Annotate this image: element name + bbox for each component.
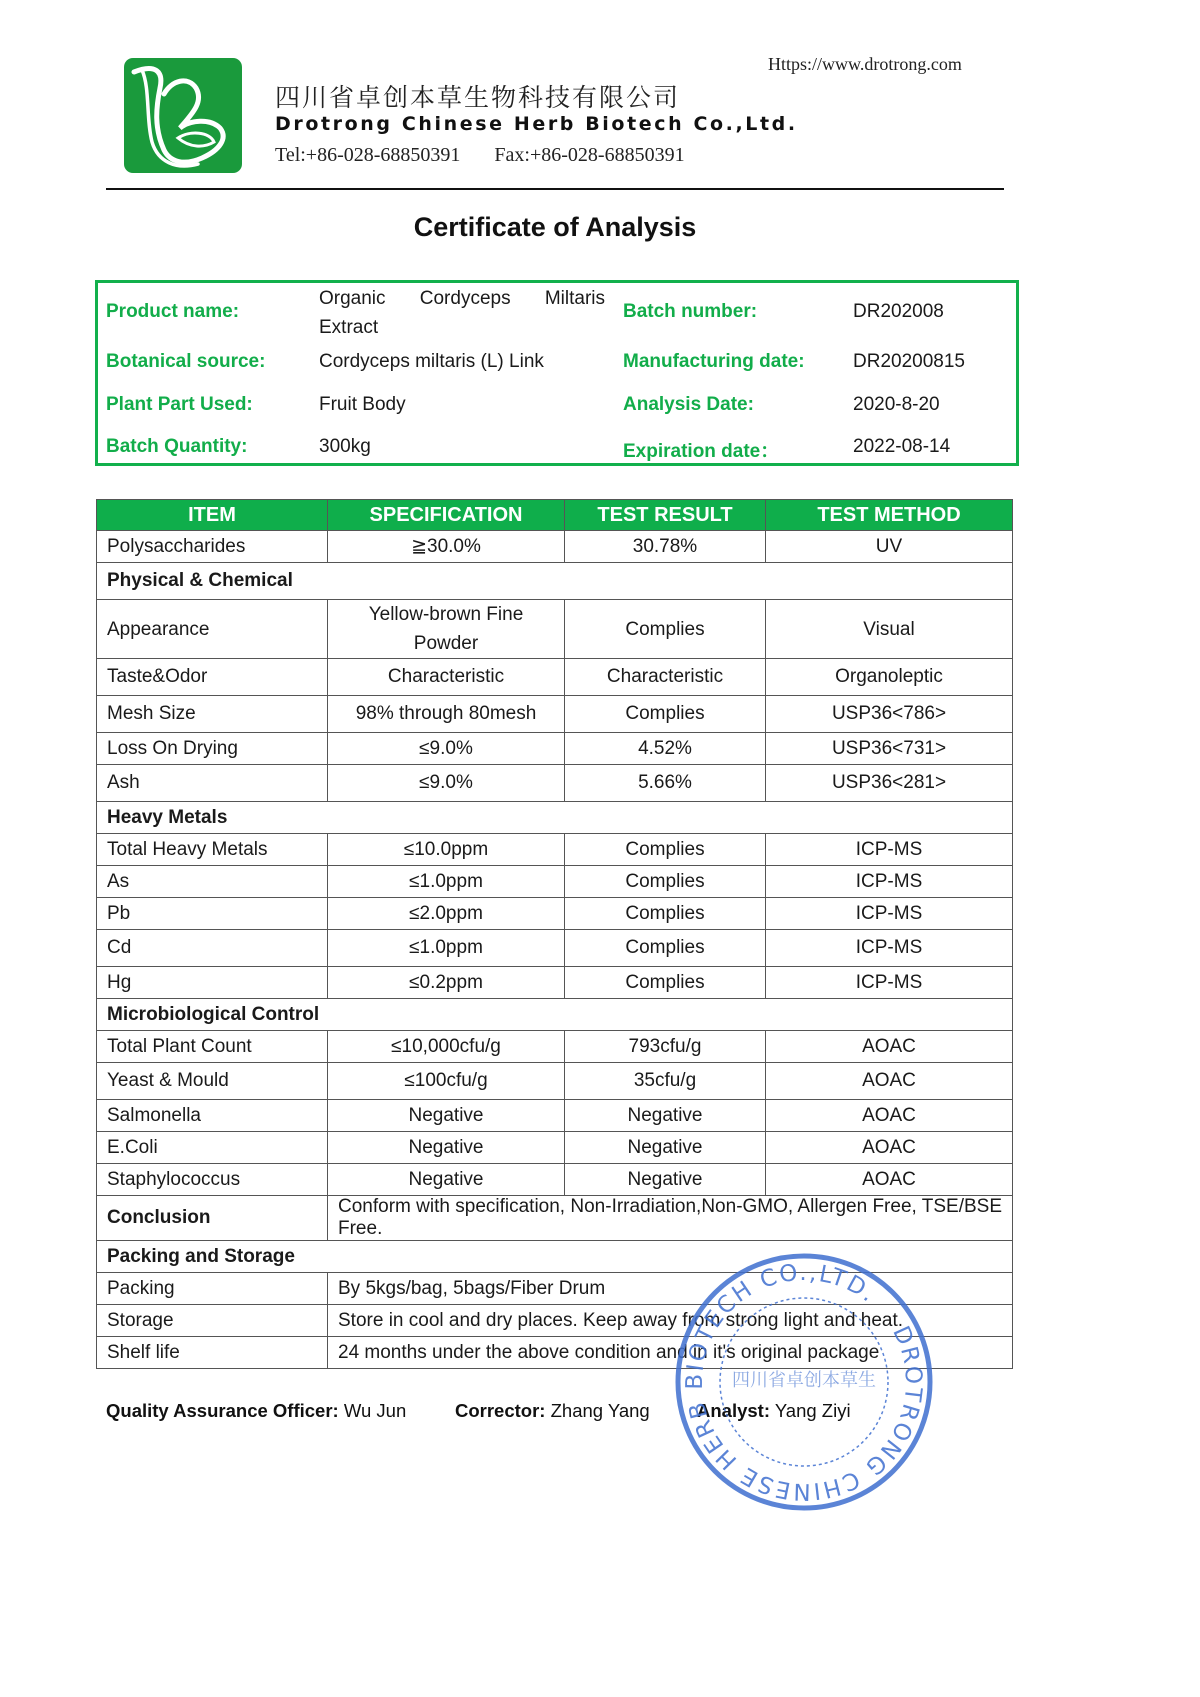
method-cell: AOAC bbox=[766, 1132, 1013, 1164]
table-row: Loss On Drying ≤9.0% 4.52% USP36<731> bbox=[97, 733, 1013, 765]
result-cell: Complies bbox=[565, 967, 766, 999]
product-name-label: Product name: bbox=[106, 301, 239, 323]
product-name-value: Organic Cordyceps Miltaris Extract bbox=[319, 284, 605, 342]
storage-label: Storage bbox=[97, 1305, 328, 1337]
method-cell: UV bbox=[766, 531, 1013, 563]
section-heading-microbiological: Microbiological Control bbox=[97, 999, 1013, 1031]
method-cell: ICP-MS bbox=[766, 967, 1013, 999]
table-row: Salmonella Negative Negative AOAC bbox=[97, 1100, 1013, 1132]
method-cell: Visual bbox=[766, 600, 1013, 659]
item-cell: Appearance bbox=[97, 600, 328, 659]
shelf-life-value: 24 months under the above condition and … bbox=[328, 1337, 1013, 1369]
spec-cell: Negative bbox=[328, 1164, 565, 1196]
spec-cell: ≤10,000cfu/g bbox=[328, 1031, 565, 1063]
analyst-label: Analyst: bbox=[697, 1400, 770, 1421]
spec-cell: ≤9.0% bbox=[328, 733, 565, 765]
qa-officer-label: Quality Assurance Officer: bbox=[106, 1400, 339, 1421]
analyst-name: Yang Ziyi bbox=[775, 1400, 851, 1421]
spec-cell: ≤9.0% bbox=[328, 765, 565, 802]
spec-cell: ≤100cfu/g bbox=[328, 1063, 565, 1100]
corrector-name: Zhang Yang bbox=[551, 1400, 650, 1421]
column-header-specification: SPECIFICATION bbox=[328, 500, 565, 531]
result-cell: Complies bbox=[565, 930, 766, 967]
spec-cell: ≤0.2ppm bbox=[328, 967, 565, 999]
qa-officer-name: Wu Jun bbox=[344, 1400, 406, 1421]
table-row: E.Coli Negative Negative AOAC bbox=[97, 1132, 1013, 1164]
result-cell: Complies bbox=[565, 834, 766, 866]
table-row: Cd ≤1.0ppm Complies ICP-MS bbox=[97, 930, 1013, 967]
table-row: Storage Store in cool and dry places. Ke… bbox=[97, 1305, 1013, 1337]
column-header-test-method: TEST METHOD bbox=[766, 500, 1013, 531]
conclusion-row: Conclusion Conform with specification, N… bbox=[97, 1196, 1013, 1241]
contact-line: Tel:+86-028-68850391Fax:+86-028-68850391 bbox=[275, 144, 719, 167]
method-cell: AOAC bbox=[766, 1100, 1013, 1132]
spec-cell: 98% through 80mesh bbox=[328, 696, 565, 733]
product-info-box: Product name: Organic Cordyceps Miltaris… bbox=[95, 280, 1019, 466]
spec-cell: ≤2.0ppm bbox=[328, 898, 565, 930]
result-cell: Complies bbox=[565, 600, 766, 659]
section-row: Microbiological Control bbox=[97, 999, 1013, 1031]
item-cell: Total Heavy Metals bbox=[97, 834, 328, 866]
batch-quantity-label: Batch Quantity: bbox=[106, 436, 247, 458]
table-row: Pb ≤2.0ppm Complies ICP-MS bbox=[97, 898, 1013, 930]
table-row: As ≤1.0ppm Complies ICP-MS bbox=[97, 866, 1013, 898]
table-row: Mesh Size 98% through 80mesh Complies US… bbox=[97, 696, 1013, 733]
method-cell: ICP-MS bbox=[766, 834, 1013, 866]
table-header-row: ITEM SPECIFICATION TEST RESULT TEST METH… bbox=[97, 500, 1013, 531]
batch-number-label: Batch number: bbox=[623, 301, 757, 323]
table-row: Staphylococcus Negative Negative AOAC bbox=[97, 1164, 1013, 1196]
botanical-source-value: Cordyceps miltaris (L) Link bbox=[319, 351, 544, 373]
item-cell: Ash bbox=[97, 765, 328, 802]
plant-part-value: Fruit Body bbox=[319, 394, 406, 416]
spec-cell: ≧30.0% bbox=[328, 531, 565, 563]
spec-cell: Negative bbox=[328, 1100, 565, 1132]
fax: Fax:+86-028-68850391 bbox=[494, 144, 684, 166]
expiration-date-label: Expiration date： bbox=[623, 436, 779, 463]
qa-officer-signature: Quality Assurance Officer: Wu Jun bbox=[106, 1400, 406, 1422]
table-row: Total Plant Count ≤10,000cfu/g 793cfu/g … bbox=[97, 1031, 1013, 1063]
spec-cell: Yellow-brown Fine Powder bbox=[328, 600, 565, 659]
method-cell: ICP-MS bbox=[766, 930, 1013, 967]
method-cell: USP36<281> bbox=[766, 765, 1013, 802]
batch-quantity-value: 300kg bbox=[319, 436, 371, 458]
column-header-item: ITEM bbox=[97, 500, 328, 531]
spec-cell: Characteristic bbox=[328, 659, 565, 696]
table-row: Polysaccharides ≧30.0% 30.78% UV bbox=[97, 531, 1013, 563]
result-cell: 30.78% bbox=[565, 531, 766, 563]
result-cell: Negative bbox=[565, 1132, 766, 1164]
table-row: Shelf life 24 months under the above con… bbox=[97, 1337, 1013, 1369]
spec-cell: ≤1.0ppm bbox=[328, 930, 565, 967]
batch-number-value: DR202008 bbox=[853, 301, 944, 323]
method-cell: USP36<731> bbox=[766, 733, 1013, 765]
conclusion-text: Conform with specification, Non-Irradiat… bbox=[328, 1196, 1013, 1241]
item-cell: Loss On Drying bbox=[97, 733, 328, 765]
item-cell: E.Coli bbox=[97, 1132, 328, 1164]
method-cell: AOAC bbox=[766, 1063, 1013, 1100]
column-header-test-result: TEST RESULT bbox=[565, 500, 766, 531]
result-cell: Complies bbox=[565, 898, 766, 930]
company-logo bbox=[124, 58, 242, 173]
corrector-signature: Corrector: Zhang Yang bbox=[455, 1400, 650, 1422]
method-cell: AOAC bbox=[766, 1031, 1013, 1063]
section-heading-packing-storage: Packing and Storage bbox=[97, 1241, 1013, 1273]
corrector-label: Corrector: bbox=[455, 1400, 545, 1421]
item-cell: Total Plant Count bbox=[97, 1031, 328, 1063]
section-row: Physical & Chemical bbox=[97, 563, 1013, 600]
analysis-date-value: 2020-8-20 bbox=[853, 394, 940, 416]
table-row: Ash ≤9.0% 5.66% USP36<281> bbox=[97, 765, 1013, 802]
result-cell: 35cfu/g bbox=[565, 1063, 766, 1100]
item-cell: Yeast & Mould bbox=[97, 1063, 328, 1100]
botanical-source-label: Botanical source: bbox=[106, 351, 265, 373]
item-cell: Staphylococcus bbox=[97, 1164, 328, 1196]
expiration-date-value: 2022-08-14 bbox=[853, 436, 950, 458]
spec-cell: ≤1.0ppm bbox=[328, 866, 565, 898]
result-cell: 793cfu/g bbox=[565, 1031, 766, 1063]
analysis-table: ITEM SPECIFICATION TEST RESULT TEST METH… bbox=[96, 499, 1013, 1369]
table-row: Yeast & Mould ≤100cfu/g 35cfu/g AOAC bbox=[97, 1063, 1013, 1100]
document-title: Certificate of Analysis bbox=[0, 212, 1110, 243]
result-cell: Characteristic bbox=[565, 659, 766, 696]
item-cell: Taste&Odor bbox=[97, 659, 328, 696]
result-cell: Negative bbox=[565, 1100, 766, 1132]
method-cell: USP36<786> bbox=[766, 696, 1013, 733]
item-cell: As bbox=[97, 866, 328, 898]
item-cell: Polysaccharides bbox=[97, 531, 328, 563]
section-heading-physical-chemical: Physical & Chemical bbox=[97, 563, 1013, 600]
method-cell: ICP-MS bbox=[766, 898, 1013, 930]
item-cell: Hg bbox=[97, 967, 328, 999]
method-cell: Organoleptic bbox=[766, 659, 1013, 696]
table-row: Appearance Yellow-brown Fine Powder Comp… bbox=[97, 600, 1013, 659]
result-cell: 4.52% bbox=[565, 733, 766, 765]
stamp-inner-text: 四川省卓创本草生 bbox=[732, 1370, 876, 1391]
storage-value: Store in cool and dry places. Keep away … bbox=[328, 1305, 1013, 1337]
manufacturing-date-value: DR20200815 bbox=[853, 351, 965, 373]
company-name-chinese: 四川省卓创本草生物科技有限公司 bbox=[275, 78, 680, 114]
packing-value: By 5kgs/bag, 5bags/Fiber Drum bbox=[328, 1273, 1013, 1305]
packing-label: Packing bbox=[97, 1273, 328, 1305]
telephone: Tel:+86-028-68850391 bbox=[275, 144, 460, 166]
result-cell: Complies bbox=[565, 866, 766, 898]
company-website-link[interactable]: Https://www.drotrong.com bbox=[768, 54, 962, 75]
leaf-b-logo-icon bbox=[124, 58, 242, 173]
section-heading-heavy-metals: Heavy Metals bbox=[97, 802, 1013, 834]
company-name-english: Drotrong Chinese Herb Biotech Co.,Ltd. bbox=[275, 113, 798, 135]
section-row: Packing and Storage bbox=[97, 1241, 1013, 1273]
item-cell: Cd bbox=[97, 930, 328, 967]
header-divider bbox=[106, 188, 1004, 190]
conclusion-label: Conclusion bbox=[97, 1196, 328, 1241]
table-row: Hg ≤0.2ppm Complies ICP-MS bbox=[97, 967, 1013, 999]
spec-cell: Negative bbox=[328, 1132, 565, 1164]
table-row: Total Heavy Metals ≤10.0ppm Complies ICP… bbox=[97, 834, 1013, 866]
spec-cell: ≤10.0ppm bbox=[328, 834, 565, 866]
method-cell: AOAC bbox=[766, 1164, 1013, 1196]
manufacturing-date-label: Manufacturing date: bbox=[623, 351, 805, 373]
item-cell: Pb bbox=[97, 898, 328, 930]
result-cell: 5.66% bbox=[565, 765, 766, 802]
section-row: Heavy Metals bbox=[97, 802, 1013, 834]
item-cell: Salmonella bbox=[97, 1100, 328, 1132]
method-cell: ICP-MS bbox=[766, 866, 1013, 898]
plant-part-label: Plant Part Used: bbox=[106, 394, 253, 416]
table-row: Packing By 5kgs/bag, 5bags/Fiber Drum bbox=[97, 1273, 1013, 1305]
analysis-date-label: Analysis Date: bbox=[623, 394, 754, 416]
analyst-signature: Analyst: Yang Ziyi bbox=[697, 1400, 851, 1422]
result-cell: Negative bbox=[565, 1164, 766, 1196]
item-cell: Mesh Size bbox=[97, 696, 328, 733]
shelf-life-label: Shelf life bbox=[97, 1337, 328, 1369]
table-row: Taste&Odor Characteristic Characteristic… bbox=[97, 659, 1013, 696]
result-cell: Complies bbox=[565, 696, 766, 733]
